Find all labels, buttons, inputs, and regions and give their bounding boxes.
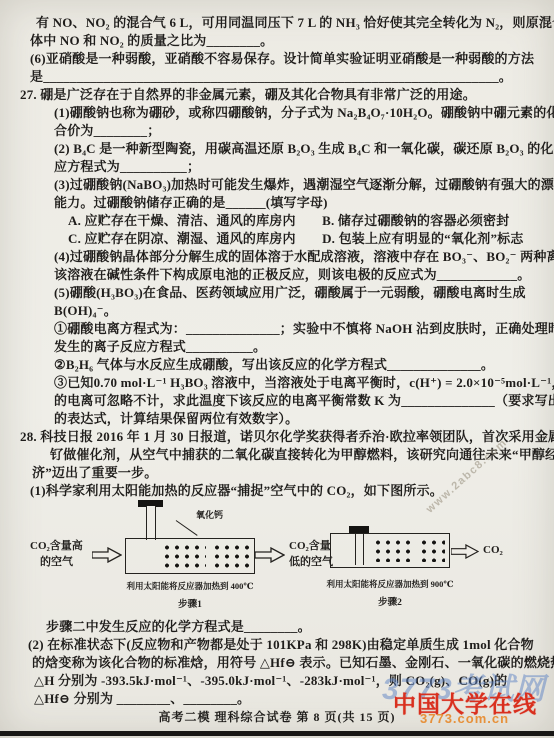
text-line: 的电离可忽略不计，求此温度下该反应的电离平衡常数 K 为____________… xyxy=(54,392,554,410)
text-line: (2) B₄C 是一种新型陶瓷，用碳高温还原 B₂O₃ 生成 B₄C 和一氧化碳… xyxy=(54,140,554,158)
co2-output-label: CO₂ xyxy=(483,544,503,557)
sorbent-dot-pattern xyxy=(212,543,250,568)
text-line: (6)亚硝酸是一种弱酸，亚硝酸不容易保存。设计简单实验证明亚硝酸是一种弱酸的方法 xyxy=(30,50,554,68)
step2-heating-caption: 利用太阳能将反应器加热到 900℃ xyxy=(305,578,475,590)
text-line: (4)过硼酸钠晶体部分分解生成的固体溶于水配成溶液，溶液中存在 BO₃⁻、BO₂… xyxy=(54,248,554,266)
exam-body: 有 NO、NO₂ 的混合气 6 L，可用同温同压下 7 L 的 NH₃ 恰好使其… xyxy=(0,0,554,708)
inlet-partition xyxy=(355,534,364,565)
text-line: B(OH)₄⁻。 xyxy=(54,302,554,320)
co2-lean-air-label-2: 低的空气 xyxy=(289,556,333,569)
sorbent-dot-pattern xyxy=(162,543,206,568)
co2-lean-air-label: CO₂含量 xyxy=(289,540,331,553)
flow-arrow-icon xyxy=(92,547,122,563)
question-28-title: 28. 科技日报 2016 年 1 月 30 日报道，诺贝尔化学奖获得者乔治·欧… xyxy=(20,428,554,446)
text-line: (5)硼酸(H₃BO₃)在食品、医药领域应用广泛，硼酸属于一元弱酸，硼酸电离时生… xyxy=(54,284,554,302)
step2-label: 步骤2 xyxy=(305,594,475,608)
text-line: ①硼酸电离方程式为：______________；实验中不慎将 NaOH 沾到皮… xyxy=(54,320,554,338)
co2-capture-diagram: 氧化钙 CO₂含量高 的空气 CO₂含量 低的空气 利用太阳能将反应器加热到 4… xyxy=(0,500,554,618)
text-line: 能力。过硼酸钠储存正确的是______(填写字母) xyxy=(54,194,554,212)
reactor-right-box xyxy=(330,533,450,568)
text-line: (1)科学家利用太阳能加热的反应器“捕捉”空气中的 CO₂，如下图所示。 xyxy=(30,482,554,500)
sorbent-dot-pattern xyxy=(419,538,445,562)
text-line: ③已知0.70 mol·L⁻¹ H₃BO₃ 溶液中，当溶液处于电离平衡时，c(H… xyxy=(54,374,554,392)
reactor-inlet-tube xyxy=(146,506,156,540)
page-footer: 高考二模 理科综合试卷 第 8 页(共 15 页) xyxy=(0,708,554,725)
scanned-exam-page: 有 NO、NO₂ 的混合气 6 L，可用同温同压下 7 L 的 NH₃ 恰好使其… xyxy=(0,0,554,738)
fill-blank-line: 发生的离子反应方程式__________。 xyxy=(54,338,554,356)
reactor-inlet-cap xyxy=(349,526,369,533)
text-line: ②B₂H₆ 气体与水反应生成硼酸，写出该反应的化学方程式____________… xyxy=(54,356,554,374)
text-line: (1)硼酸钠也称为硼砂，或称四硼酸钠，分子式为 Na₂B₄O₇·10H₂O。硼酸… xyxy=(54,104,554,122)
option-line-ab: A. 应贮存在干燥、清洁、通风的库房内 B. 储存过硼酸钠的容器必须密封 xyxy=(68,212,554,230)
text-line: 有 NO、NO₂ 的混合气 6 L，可用同温同压下 7 L 的 NH₃ 恰好使其… xyxy=(36,14,554,32)
step1-label: 步骤1 xyxy=(105,596,275,610)
reactor-left-box xyxy=(125,538,255,574)
text-line: 体中 NO 和 NO₂ 的质量之比为________。 xyxy=(30,32,554,50)
flow-arrow-icon xyxy=(451,544,479,559)
fill-blank-line: 步骤二中发生反应的化学方程式是________。 xyxy=(46,618,554,636)
calcium-oxide-label: 氧化钙 xyxy=(196,508,223,521)
fill-blank-line: 是_______________________________________… xyxy=(30,68,554,86)
question-27-title: 27. 硼是广泛存在于自然界的非金属元素，硼及其化合物具有非常广泛的用途。 xyxy=(20,86,554,104)
flow-arrow-icon xyxy=(255,547,285,563)
fill-blank-line: 合价为________； xyxy=(54,122,554,140)
fill-blank-line: 应方程式为__________； xyxy=(54,158,554,176)
fill-blank-line: 该溶液在碱性条件下构成原电池的正极反应，则该电极的反应式为___________… xyxy=(54,266,554,284)
text-line: (3)过硼酸钠(NaBO₃)加热时可能发生爆炸，遇潮湿空气逐渐分解，过硼酸钠有强… xyxy=(54,176,554,194)
step1-heating-caption: 利用太阳能将反应器加热到 400℃ xyxy=(105,580,275,592)
co2-rich-air-label-2: 的空气 xyxy=(40,556,73,569)
text-line: 的表达式，计算结果保留两位有效数字）。 xyxy=(54,410,554,428)
option-line-cd: C. 应贮存在阴凉、潮湿、通风的库房内 D. 包装上应有明显的“氧化剂”标志 xyxy=(68,230,554,248)
scan-edge-strip xyxy=(0,731,554,736)
sorbent-dot-pattern xyxy=(373,538,413,562)
text-line: (2) 在标准状态下(反应物和产物都是处于 101KPa 和 298K)由稳定单… xyxy=(28,636,554,654)
label-pointer-line xyxy=(176,520,198,536)
co2-rich-air-label: CO₂含量高 xyxy=(30,540,83,553)
